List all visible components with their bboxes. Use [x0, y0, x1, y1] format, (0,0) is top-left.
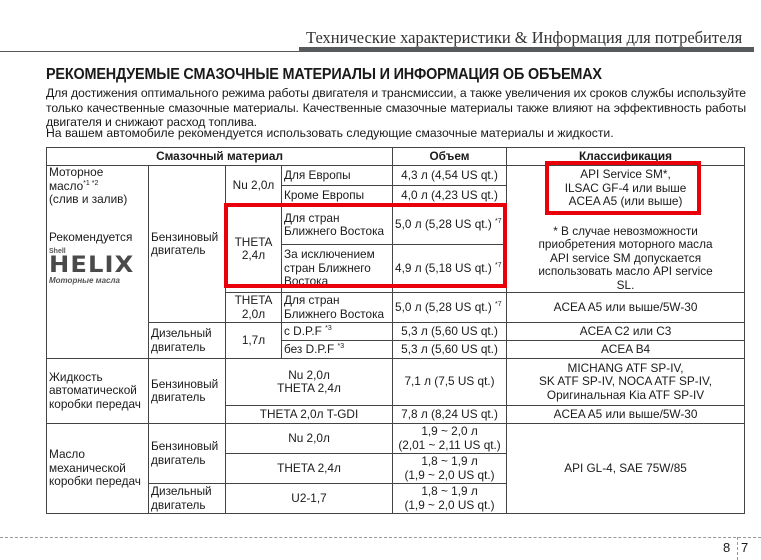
classification: ACEA A5 или выше/5W-30	[507, 293, 745, 323]
classification: ACEA C2 или C3	[507, 323, 745, 341]
volume: 5,3 л (5,60 US qt.)	[393, 341, 507, 359]
variant: Для стран Ближнего Востока	[282, 206, 393, 245]
lubricants-table: Смазочный материал Объем Классификация М…	[46, 147, 745, 514]
variant: За исключением стран Ближнего Востока	[282, 245, 393, 293]
table-row: Масло механической коробки передач Бензи…	[47, 424, 745, 454]
header-rule-thick	[299, 47, 754, 52]
variant: Для стран Ближнего Востока	[282, 293, 393, 323]
engine-oil-label-cell: Моторное масло*1 *2 (слив и залив) Реком…	[47, 166, 149, 359]
page-number: 7	[741, 540, 748, 555]
atf-engine: THETA 2,0л T-GDI	[226, 406, 393, 424]
classification: ACEA B4	[507, 341, 745, 359]
mtf-engine: THETA 2,4л	[226, 454, 393, 484]
table-header-row: Смазочный материал Объем Классификация	[47, 148, 745, 166]
volume: 5,0 л (5,28 US qt.) *7	[393, 293, 507, 323]
mtf-diesel-label: Дизельный двигатель	[149, 484, 226, 514]
mtf-gasoline-label: Бензиновый двигатель	[149, 424, 226, 484]
volume: 7,1 л (7,5 US qt.)	[393, 359, 507, 406]
engine-17: 1,7л	[226, 323, 282, 359]
header-volume: Объем	[393, 148, 507, 166]
page-section-number: 8	[723, 540, 730, 555]
volume: 1,8 ~ 1,9 л (1,9 ~ 2,0 US qt.)	[393, 484, 507, 514]
table-row: Дизельный двигатель 1,7л с D.P.F *3 5,3 …	[47, 323, 745, 341]
table-row: Моторное масло*1 *2 (слив и залив) Реком…	[47, 166, 745, 186]
engine-theta24: THETA 2,4л	[226, 206, 282, 293]
diesel-engine-label: Дизельный двигатель	[149, 323, 226, 359]
volume: 1,9 ~ 2,0 л (2,01 ~ 2,11 US qt.)	[393, 424, 507, 454]
table-row: Жидкость автоматической коробки передач …	[47, 359, 745, 406]
variant: без D.P.F *3	[282, 341, 393, 359]
classification-main: API Service SM*, ILSAC GF-4 или выше ACE…	[509, 166, 742, 209]
header-rule-thin	[0, 51, 300, 52]
volume: 1,8 ~ 1,9 л (1,9 ~ 2,0 US qt.)	[393, 454, 507, 484]
gasoline-engine-label: Бензиновый двигатель	[149, 166, 226, 323]
mtf-engine: U2-1,7	[226, 484, 393, 514]
engine-oil-label: Моторное масло*1 *2 (слив и залив)	[49, 166, 146, 207]
intro-note: На вашем автомобиле рекомендуется исполь…	[46, 126, 614, 140]
mtf-engine: Nu 2,0л	[226, 424, 393, 454]
running-header-title: Технические характеристики & Информация …	[306, 28, 742, 48]
mtf-label: Масло механической коробки передач	[47, 424, 149, 514]
recommended-label: Рекомендуется	[49, 231, 146, 245]
classification: ACEA A5 или выше/5W-30	[507, 406, 745, 424]
volume: 5,0 л (5,28 US qt.) *7	[393, 206, 507, 245]
engine-theta20: THETA 2,0л	[226, 293, 282, 323]
volume: 5,3 л (5,60 US qt.)	[393, 323, 507, 341]
volume: 4,3 л (4,54 US qt.)	[393, 166, 507, 186]
classification: MICHANG ATF SP-IV, SK ATF SP-IV, NOCA AT…	[507, 359, 745, 406]
footer-divider	[0, 537, 761, 538]
engine-nu20: Nu 2,0л	[226, 166, 282, 206]
variant: Кроме Европы	[282, 186, 393, 206]
header-classification: Классификация	[507, 148, 745, 166]
atf-label: Жидкость автоматической коробки передач	[47, 359, 149, 424]
classification-footnote: * В случае невозможности приобретения мо…	[509, 225, 742, 293]
atf-engine: Nu 2,0л THETA 2,4л	[226, 359, 393, 406]
intro-paragraph: Для достижения оптимального режима работ…	[46, 86, 746, 130]
volume: 4,9 л (5,18 US qt.) *7	[393, 245, 507, 293]
mtf-classification: API GL-4, SAE 75W/85	[507, 424, 745, 514]
shell-helix-logo: Shell HELIX Моторные масла	[49, 248, 135, 286]
volume: 7,8 л (8,24 US qt.)	[393, 406, 507, 424]
section-title: РЕКОМЕНДУЕМЫЕ СМАЗОЧНЫЕ МАТЕРИАЛЫ И ИНФО…	[46, 66, 602, 84]
classification-main-cell: API Service SM*, ILSAC GF-4 или выше ACE…	[507, 166, 745, 293]
volume: 4,0 л (4,23 US qt.)	[393, 186, 507, 206]
page-number-divider	[737, 537, 738, 560]
variant: с D.P.F *3	[282, 323, 393, 341]
atf-engine-type: Бензиновый двигатель	[149, 359, 226, 424]
header-lubricant: Смазочный материал	[47, 148, 393, 166]
variant: Для Европы	[282, 166, 393, 186]
